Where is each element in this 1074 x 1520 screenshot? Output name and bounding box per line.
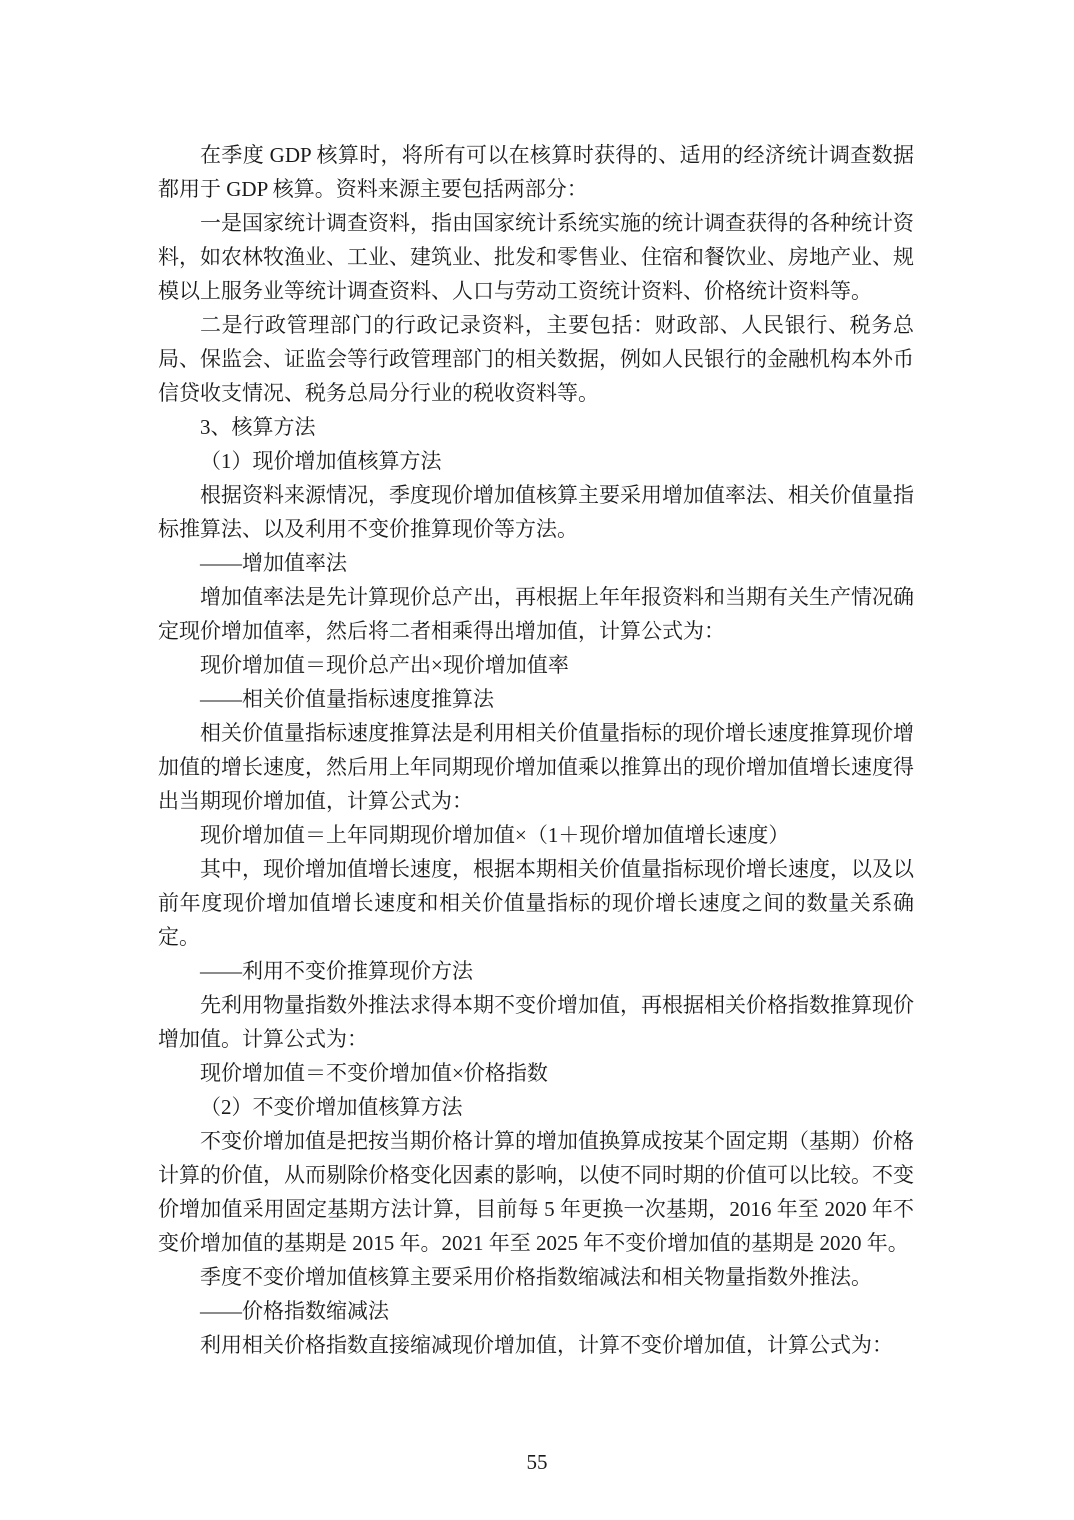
method-dash-heading: ——相关价值量指标速度推算法 bbox=[158, 682, 914, 716]
method-dash-heading: ——利用不变价推算现价方法 bbox=[158, 954, 914, 988]
body-paragraph: 不变价增加值是把按当期价格计算的增加值换算成按某个固定期（基期）价格计算的价值，… bbox=[158, 1124, 914, 1260]
formula-line: 现价增加值＝不变价增加值×价格指数 bbox=[158, 1056, 914, 1090]
body-paragraph: 增加值率法是先计算现价总产出，再根据上年年报资料和当期有关生产情况确定现价增加值… bbox=[158, 580, 914, 648]
document-body: 在季度 GDP 核算时，将所有可以在核算时获得的、适用的经济统计调查数据都用于 … bbox=[158, 138, 914, 1362]
formula-line: 现价增加值＝上年同期现价增加值×（1＋现价增加值增长速度） bbox=[158, 818, 914, 852]
body-paragraph: 季度不变价增加值核算主要采用价格指数缩减法和相关物量指数外推法。 bbox=[158, 1260, 914, 1294]
body-paragraph: 其中，现价增加值增长速度，根据本期相关价值量指标现价增长速度，以及以前年度现价增… bbox=[158, 852, 914, 954]
document-page: 在季度 GDP 核算时，将所有可以在核算时获得的、适用的经济统计调查数据都用于 … bbox=[0, 0, 1074, 1520]
page-number: 55 bbox=[0, 1450, 1074, 1475]
method-dash-heading: ——增加值率法 bbox=[158, 546, 914, 580]
formula-line: 现价增加值＝现价总产出×现价增加值率 bbox=[158, 648, 914, 682]
body-paragraph: 根据资料来源情况，季度现价增加值核算主要采用增加值率法、相关价值量指标推算法、以… bbox=[158, 478, 914, 546]
body-paragraph: 相关价值量指标速度推算法是利用相关价值量指标的现价增长速度推算现价增加值的增长速… bbox=[158, 716, 914, 818]
method-dash-heading: ——价格指数缩减法 bbox=[158, 1294, 914, 1328]
section-heading: （1）现价增加值核算方法 bbox=[158, 444, 914, 478]
section-heading: 3、核算方法 bbox=[158, 410, 914, 444]
body-paragraph: 二是行政管理部门的行政记录资料，主要包括：财政部、人民银行、税务总局、保监会、证… bbox=[158, 308, 914, 410]
body-paragraph: 一是国家统计调查资料，指由国家统计系统实施的统计调查获得的各种统计资料，如农林牧… bbox=[158, 206, 914, 308]
body-paragraph: 利用相关价格指数直接缩减现价增加值，计算不变价增加值，计算公式为： bbox=[158, 1328, 914, 1362]
body-paragraph: 在季度 GDP 核算时，将所有可以在核算时获得的、适用的经济统计调查数据都用于 … bbox=[158, 138, 914, 206]
body-paragraph: 先利用物量指数外推法求得本期不变价增加值，再根据相关价格指数推算现价增加值。计算… bbox=[158, 988, 914, 1056]
section-heading: （2）不变价增加值核算方法 bbox=[158, 1090, 914, 1124]
